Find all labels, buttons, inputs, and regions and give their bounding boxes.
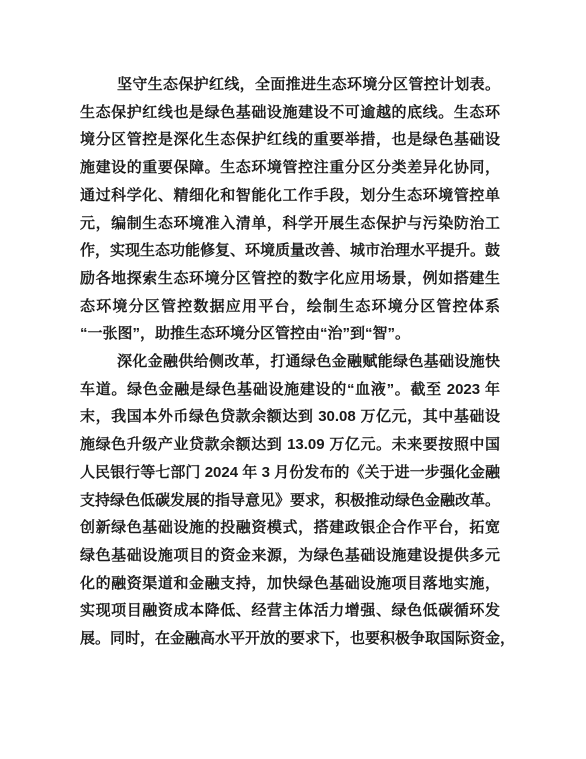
text-line: 通过科学化、精细化和智能化工作手段，划分生态环境管控单 bbox=[80, 182, 500, 210]
text-line: 化的融资渠道和金融支持，加快绿色基础设施项目落地实施， bbox=[80, 570, 500, 598]
text-line: 励各地探索生态环境分区管控的数字化应用场景，例如搭建生 bbox=[80, 265, 500, 293]
document-page: 坚守生态保护红线，全面推进生态环境分区管控计划表。生态保护红线也是绿色基础设施建… bbox=[0, 0, 586, 759]
paragraph-2: 深化金融供给侧改革，打通绿色金融赋能绿色基础设施快车道。绿色金融是绿色基础设施建… bbox=[80, 348, 500, 653]
text-line: 支持绿色低碳发展的指导意见》要求，积极推动绿色金融改革。 bbox=[80, 487, 500, 515]
text-line: 作，实现生态功能修复、环境质量改善、城市治理水平提升。鼓 bbox=[80, 237, 500, 265]
text-line: 坚守生态保护红线，全面推进生态环境分区管控计划表。 bbox=[80, 71, 500, 99]
text-line: 车道。绿色金融是绿色基础设施建设的“血液”。截至 2023 年 bbox=[80, 376, 500, 404]
text-line: 深化金融供给侧改革，打通绿色金融赋能绿色基础设施快 bbox=[80, 348, 500, 376]
text-block: 坚守生态保护红线，全面推进生态环境分区管控计划表。生态保护红线也是绿色基础设施建… bbox=[80, 71, 500, 653]
text-line: 实现项目融资成本降低、经营主体活力增强、绿色低碳循环发 bbox=[80, 597, 500, 625]
text-line: 展。同时，在金融高水平开放的要求下，也要积极争取国际资金， bbox=[80, 625, 500, 653]
text-line: “一张图”，助推生态环境分区管控由“治”到“智”。 bbox=[80, 320, 500, 348]
text-line: 态环境分区管控数据应用平台，绘制生态环境分区管控体系 bbox=[80, 293, 500, 321]
paragraph-1: 坚守生态保护红线，全面推进生态环境分区管控计划表。生态保护红线也是绿色基础设施建… bbox=[80, 71, 500, 348]
text-line: 创新绿色基础设施的投融资模式，搭建政银企合作平台，拓宽 bbox=[80, 514, 500, 542]
text-line: 末，我国本外币绿色贷款余额达到 30.08 万亿元，其中基础设 bbox=[80, 403, 500, 431]
text-line: 元，编制生态环境准入清单，科学开展生态保护与污染防治工 bbox=[80, 210, 500, 238]
text-line: 生态保护红线也是绿色基础设施建设不可逾越的底线。生态环 bbox=[80, 99, 500, 127]
text-line: 施建设的重要保障。生态环境管控注重分区分类差异化协同， bbox=[80, 154, 500, 182]
text-line: 施绿色升级产业贷款余额达到 13.09 万亿元。未来要按照中国 bbox=[80, 431, 500, 459]
text-line: 人民银行等七部门 2024 年 3 月份发布的《关于进一步强化金融 bbox=[80, 459, 500, 487]
text-line: 绿色基础设施项目的资金来源，为绿色基础设施建设提供多元 bbox=[80, 542, 500, 570]
text-line: 境分区管控是深化生态保护红线的重要举措，也是绿色基础设 bbox=[80, 126, 500, 154]
